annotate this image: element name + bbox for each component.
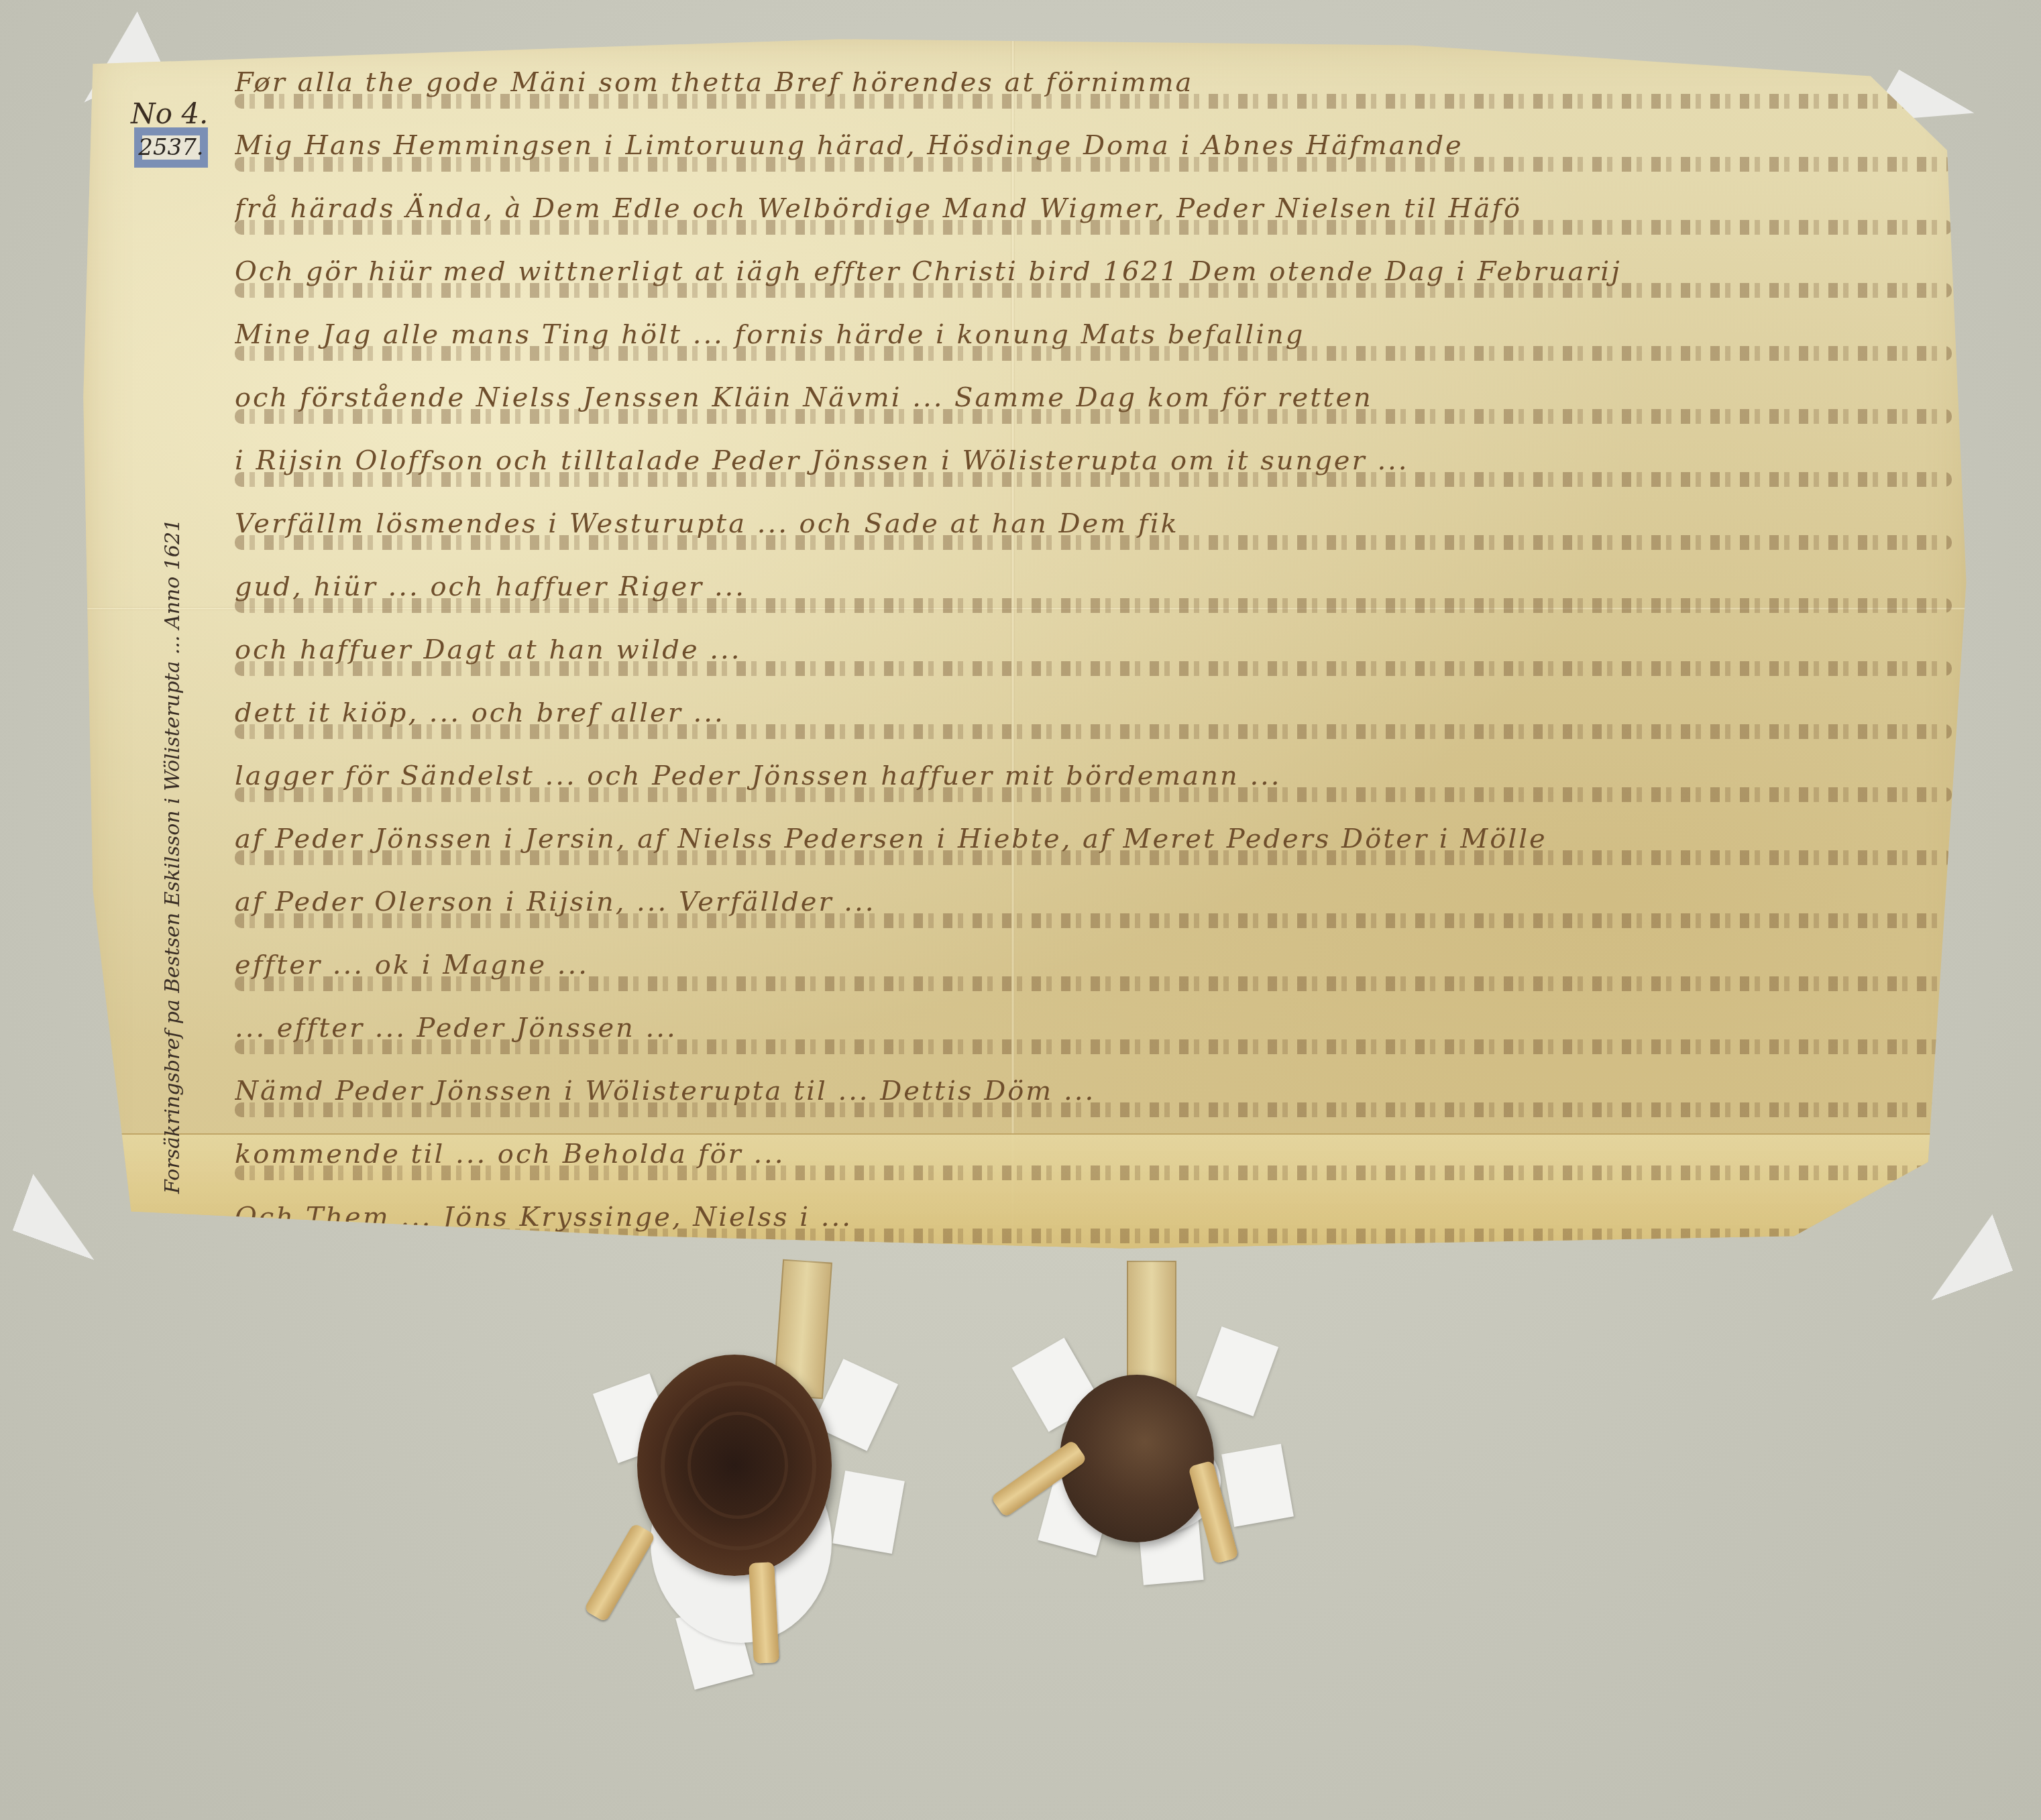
corner-mount-bottom-right bbox=[1911, 1214, 2014, 1300]
text-line: kommende til ... och Beholda för ... bbox=[235, 1139, 1952, 1195]
text-line: och haffuer Dagt at han wilde ... bbox=[235, 634, 1952, 691]
archive-label-text: 2537. bbox=[138, 134, 203, 161]
text-line: gud, hiür ... och haffuer Riger ... bbox=[235, 571, 1952, 628]
text-line: Verfällm lösmendes i Westurupta ... och … bbox=[235, 508, 1952, 565]
parchment-document: No 4. 2537. Forsäkringsbref pa Bestsen E… bbox=[74, 27, 1985, 1261]
paper-mount-tab bbox=[832, 1471, 905, 1554]
text-line: Mine Jag alle mans Ting hölt ... fornis … bbox=[235, 319, 1952, 376]
text-line: Och gör hiür med wittnerligt at iägh eff… bbox=[235, 256, 1952, 312]
text-line: Nämd Peder Jönssen i Wölisterupta til ..… bbox=[235, 1076, 1952, 1132]
text-line: af Peder Jönssen i Jersin, af Nielss Ped… bbox=[235, 823, 1952, 880]
wax-seal-left bbox=[637, 1355, 832, 1576]
text-line: effter ... ok i Magne ... bbox=[235, 950, 1952, 1006]
corner-mount-bottom-left bbox=[13, 1174, 115, 1260]
seal-strap-right bbox=[1127, 1261, 1176, 1391]
text-line: lagger för Sändelst ... och Peder Jönsse… bbox=[235, 760, 1952, 817]
paper-mount-tab bbox=[1197, 1326, 1278, 1416]
archive-number: No 4. bbox=[131, 97, 208, 130]
text-line: Før alla the gode Mäni som thetta Bref h… bbox=[235, 67, 1952, 123]
text-line: ... effter ... Peder Jönssen ... bbox=[235, 1013, 1952, 1069]
text-line: Och Them ... Jöns Kryssinge, Nielss i ..… bbox=[235, 1202, 1952, 1258]
paper-mount-tab bbox=[1221, 1444, 1294, 1527]
text-line: Mig Hans Hemmingsen i Limtoruung härad, … bbox=[235, 130, 1952, 186]
charter-text: Før alla the gode Mäni som thetta Bref h… bbox=[235, 67, 1952, 1265]
seal-tag-end bbox=[749, 1562, 779, 1664]
text-line: i Rijsin Oloffson och tilltalade Peder J… bbox=[235, 445, 1952, 502]
text-line: dett it kiöp, ... och bref aller ... bbox=[235, 697, 1952, 754]
text-line: frå härads Ända, à Dem Edle och Welbördi… bbox=[235, 193, 1952, 249]
text-line: och förstående Nielss Jenssen Kläin Nävm… bbox=[235, 382, 1952, 439]
seal-tag-end bbox=[584, 1523, 656, 1623]
archive-label-stamp: 2537. bbox=[134, 127, 208, 168]
text-line: af Peder Olerson i Rijsin, ... Verfällde… bbox=[235, 887, 1952, 943]
